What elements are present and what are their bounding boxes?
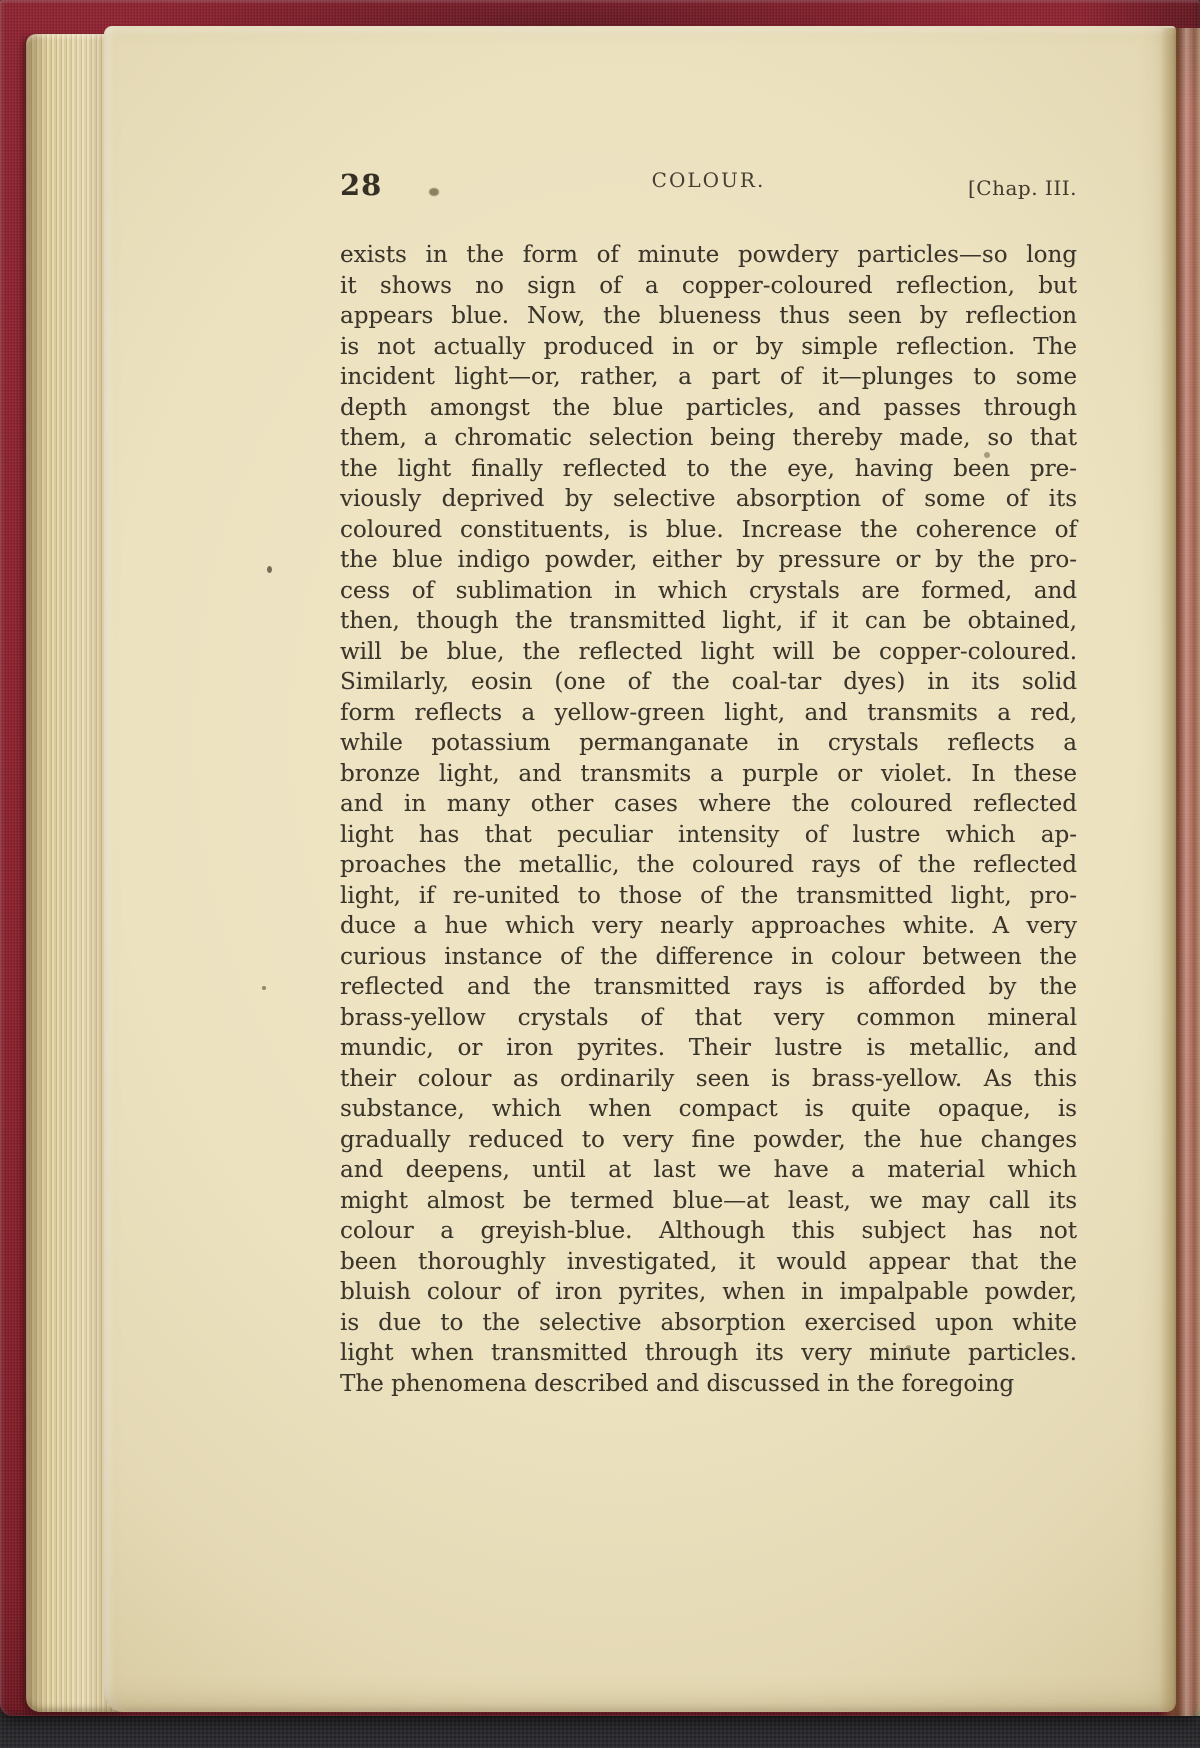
text-line: and deepens, until at last we have a mat… bbox=[340, 1155, 1077, 1186]
scanned-book-photo: 28 COLOUR. [Chap. III. exists in the for… bbox=[0, 0, 1200, 1748]
text-line: depth amongst the blue particles, and pa… bbox=[340, 393, 1077, 424]
running-head: 28 COLOUR. [Chap. III. bbox=[340, 168, 1077, 204]
text-line: cess of sublimation in which crystals ar… bbox=[340, 576, 1077, 607]
running-title: COLOUR. bbox=[340, 168, 1077, 192]
text-line: bronze light, and transmits a purple or … bbox=[340, 759, 1077, 790]
text-line: appears blue. Now, the blueness thus see… bbox=[340, 301, 1077, 332]
paper-speck bbox=[984, 452, 990, 458]
text-line: colour a greyish-blue. Although this sub… bbox=[340, 1216, 1077, 1247]
paper-speck bbox=[906, 1345, 911, 1349]
text-line: gradually reduced to very fine powder, t… bbox=[340, 1125, 1077, 1156]
text-line: Similarly, eosin (one of the coal-tar dy… bbox=[340, 667, 1077, 698]
text-line: incident light—or, rather, a part of it—… bbox=[340, 362, 1077, 393]
text-line: duce a hue which very nearly approaches … bbox=[340, 911, 1077, 942]
text-line: brass-yellow crystals of that very commo… bbox=[340, 1003, 1077, 1034]
text-line: light, if re-united to those of the tran… bbox=[340, 881, 1077, 912]
text-line: the light finally reflected to the eye, … bbox=[340, 454, 1077, 485]
text-line: bluish colour of iron pyrites, when in i… bbox=[340, 1277, 1077, 1308]
gutter-crease bbox=[1177, 30, 1179, 1714]
text-line: viously deprived by selective absorption… bbox=[340, 484, 1077, 515]
text-line: the blue indigo powder, either by pressu… bbox=[340, 545, 1077, 576]
text-line: substance, which when compact is quite o… bbox=[340, 1094, 1077, 1125]
text-line: The phenomena described and discussed in… bbox=[340, 1369, 1077, 1400]
text-line: mundic, or iron pyrites. Their lustre is… bbox=[340, 1033, 1077, 1064]
text-line: light when transmitted through its very … bbox=[340, 1338, 1077, 1369]
paper-speck bbox=[267, 566, 272, 573]
text-line: and in many other cases where the colour… bbox=[340, 789, 1077, 820]
text-line: them, a chromatic selection being thereb… bbox=[340, 423, 1077, 454]
text-line: reflected and the transmitted rays is af… bbox=[340, 972, 1077, 1003]
text-line: exists in the form of minute powdery par… bbox=[340, 240, 1077, 271]
page-gutter bbox=[1160, 28, 1200, 1716]
text-line: is not actually produced in or by simple… bbox=[340, 332, 1077, 363]
body-text: exists in the form of minute powdery par… bbox=[340, 240, 1077, 1399]
text-line: coloured constituents, is blue. Increase… bbox=[340, 515, 1077, 546]
text-line: it shows no sign of a copper-coloured re… bbox=[340, 271, 1077, 302]
text-line: curious instance of the difference in co… bbox=[340, 942, 1077, 973]
page-content: 28 COLOUR. [Chap. III. exists in the for… bbox=[340, 168, 1077, 1399]
text-line: their colour as ordinarily seen is brass… bbox=[340, 1064, 1077, 1095]
paper-speck bbox=[429, 188, 439, 196]
text-line: proaches the metallic, the coloured rays… bbox=[340, 850, 1077, 881]
text-line: then, though the transmitted light, if i… bbox=[340, 606, 1077, 637]
text-line: while potassium permanganate in crystals… bbox=[340, 728, 1077, 759]
text-line: form reflects a yellow-green light, and … bbox=[340, 698, 1077, 729]
text-line: light has that peculiar intensity of lus… bbox=[340, 820, 1077, 851]
text-line: is due to the selective absorption exerc… bbox=[340, 1308, 1077, 1339]
paper-speck bbox=[262, 986, 266, 990]
text-line: been thoroughly investigated, it would a… bbox=[340, 1247, 1077, 1278]
text-line: might almost be termed blue—at least, we… bbox=[340, 1186, 1077, 1217]
text-line: will be blue, the reflected light will b… bbox=[340, 637, 1077, 668]
